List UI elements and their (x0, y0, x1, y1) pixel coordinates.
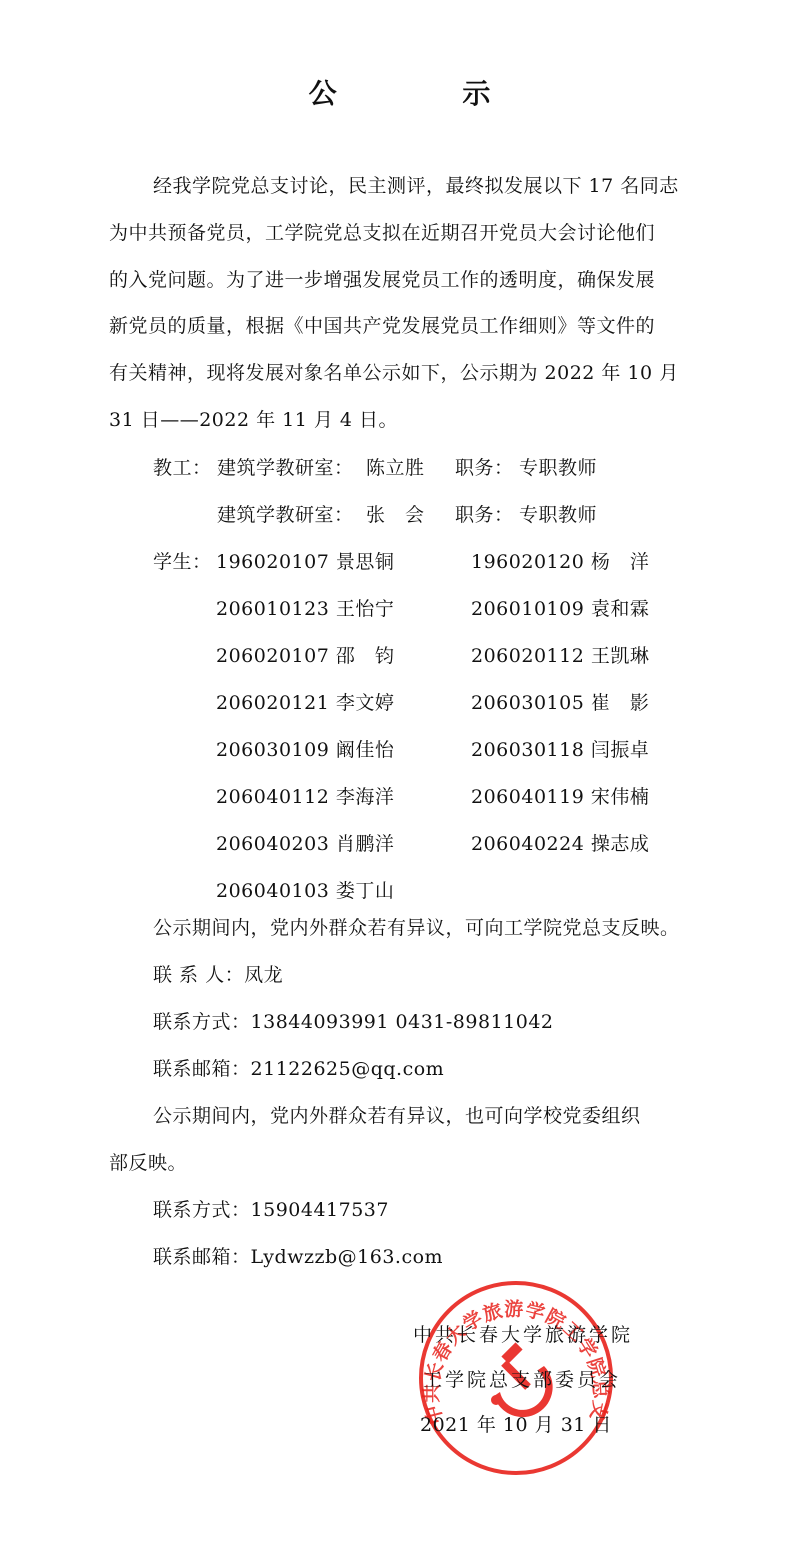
college-phone: 13844093991 0431-89811042 (251, 1011, 554, 1033)
student-name: 娄丁山 (336, 880, 395, 902)
school-phone-label: 联系方式： (153, 1199, 251, 1221)
student-entry: 206040112 李海洋 (216, 785, 394, 809)
student-entry: 196020107 景思铜 (216, 550, 394, 574)
student-id: 206010123 (216, 598, 329, 620)
student-id: 206030109 (216, 739, 329, 761)
staff-label: 教工： (153, 456, 212, 480)
staff-position-label: 职务： (455, 503, 514, 527)
signature-date: 2021 年 10 月 31 日 (420, 1413, 612, 1437)
student-id: 206040119 (471, 786, 584, 808)
student-entry: 206040119 宋伟楠 (471, 785, 649, 809)
student-entry: 206010123 王怡宁 (216, 597, 394, 621)
staff-dept: 建筑学教研室： (217, 456, 354, 480)
student-name: 肖鹏洋 (336, 833, 395, 855)
intro-line: 经我学院党总支讨论，民主测评，最终拟发展以下 17 名同志 (153, 174, 679, 198)
intro-line: 31 日——2022 年 11 月 4 日。 (109, 408, 398, 432)
school-phone-row: 联系方式：15904417537 (153, 1198, 389, 1222)
students-label: 学生： (153, 550, 212, 574)
staff-position: 专职教师 (519, 456, 597, 480)
student-entry: 196020120 杨 洋 (471, 550, 649, 574)
student-name: 袁和霖 (591, 598, 650, 620)
college-phone-label: 联系方式： (153, 1011, 251, 1033)
school-objection-notice: 公示期间内，党内外群众若有异议，也可向学校党委组织 (153, 1104, 641, 1128)
student-id: 206010109 (471, 598, 584, 620)
student-id: 196020107 (216, 551, 329, 573)
student-id: 196020120 (471, 551, 584, 573)
intro-line: 的入党问题。为了进一步增强发展党员工作的透明度，确保发展 (109, 268, 655, 292)
student-id: 206020107 (216, 645, 329, 667)
student-entry: 206030105 崔 影 (471, 691, 649, 715)
student-name: 宋伟楠 (591, 786, 650, 808)
student-name: 邵 钧 (336, 645, 395, 667)
student-id: 206030118 (471, 739, 584, 761)
student-entry: 206030118 闫振卓 (471, 738, 649, 762)
intro-line: 为中共预备党员，工学院党总支拟在近期召开党员大会讨论他们 (109, 221, 655, 245)
student-id: 206040103 (216, 880, 329, 902)
student-name: 李文婷 (336, 692, 395, 714)
student-name: 闫振卓 (591, 739, 650, 761)
student-entry: 206020107 邵 钧 (216, 644, 394, 668)
student-name: 杨 洋 (591, 551, 650, 573)
contact-person-label: 联 系 人： (153, 964, 244, 986)
intro-line: 有关精神，现将发展对象名单公示如下，公示期为 2022 年 10 月 (109, 361, 679, 385)
college-email-label: 联系邮箱： (153, 1058, 251, 1080)
college-objection-notice: 公示期间内，党内外群众若有异议，可向工学院党总支反映。 (153, 916, 680, 940)
student-name: 景思铜 (336, 551, 395, 573)
student-entry: 206040203 肖鹏洋 (216, 832, 394, 856)
student-name: 王怡宁 (336, 598, 395, 620)
student-entry: 206040103 娄丁山 (216, 879, 394, 903)
student-name: 王凯琳 (591, 645, 650, 667)
student-id: 206020121 (216, 692, 329, 714)
student-id: 206040112 (216, 786, 329, 808)
staff-name: 陈立胜 (366, 456, 425, 480)
school-phone: 15904417537 (251, 1199, 389, 1221)
student-entry: 206010109 袁和霖 (471, 597, 649, 621)
contact-person-row: 联 系 人：凤龙 (153, 963, 283, 987)
intro-line: 新党员的质量，根据《中国共产党发展党员工作细则》等文件的 (109, 314, 655, 338)
page-title: 公 示 (0, 72, 799, 112)
student-id: 206020112 (471, 645, 584, 667)
staff-position: 专职教师 (519, 503, 597, 527)
staff-dept: 建筑学教研室： (217, 503, 354, 527)
school-email-label: 联系邮箱： (153, 1246, 251, 1268)
college-email-row: 联系邮箱：21122625@qq.com (153, 1057, 444, 1081)
student-name: 李海洋 (336, 786, 395, 808)
college-phone-row: 联系方式：13844093991 0431-89811042 (153, 1010, 554, 1034)
staff-name: 张 会 (366, 503, 425, 527)
college-email: 21122625@qq.com (251, 1058, 445, 1080)
student-id: 206040203 (216, 833, 329, 855)
student-entry: 206020112 王凯琳 (471, 644, 649, 668)
school-email: Lydwzzb@163.com (251, 1246, 444, 1268)
signature-org-line1: 中共长春大学旅游学院 (413, 1323, 633, 1347)
school-email-row: 联系邮箱：Lydwzzb@163.com (153, 1245, 443, 1269)
contact-person: 凤龙 (244, 964, 283, 986)
student-entry: 206040224 操志成 (471, 832, 649, 856)
student-id: 206040224 (471, 833, 584, 855)
staff-position-label: 职务： (455, 456, 514, 480)
student-entry: 206030109 阚佳怡 (216, 738, 394, 762)
student-entry: 206020121 李文婷 (216, 691, 394, 715)
signature-org-line2: 工学院总支部委员会 (423, 1368, 621, 1392)
student-name: 操志成 (591, 833, 650, 855)
student-name: 崔 影 (591, 692, 650, 714)
student-id: 206030105 (471, 692, 584, 714)
school-objection-notice-cont: 部反映。 (109, 1151, 187, 1175)
student-name: 阚佳怡 (336, 739, 395, 761)
